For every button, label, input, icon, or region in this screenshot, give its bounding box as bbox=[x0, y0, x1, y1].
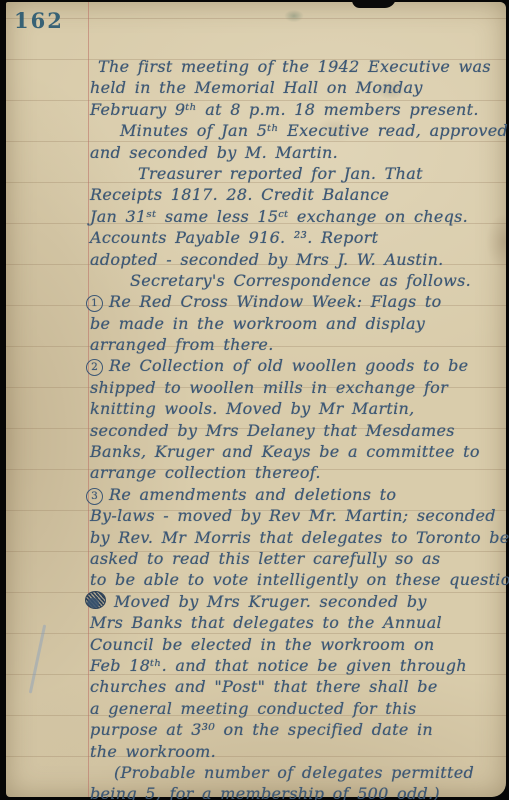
manuscript-line: ●Moved by Mrs Kruger. seconded by bbox=[90, 591, 500, 612]
manuscript-line: arrange collection thereof. bbox=[90, 462, 500, 483]
manuscript-line: a general meeting conducted for this bbox=[90, 698, 500, 719]
pencil-smudge bbox=[29, 624, 46, 693]
manuscript-line-text: Re amendments and deletions to bbox=[109, 485, 396, 504]
manuscript-line: (Probable number of delegates permitted bbox=[90, 762, 500, 783]
manuscript-line-text: Moved by Mrs Kruger. seconded by bbox=[114, 592, 427, 611]
manuscript-line: Feb 18ᵗʰ. and that notice be given throu… bbox=[90, 655, 500, 676]
circled-item-number: 2 bbox=[86, 359, 103, 376]
manuscript-line: Accounts Payable 916. ²³. Report bbox=[90, 227, 500, 248]
manuscript-line: and seconded by M. Martin. bbox=[90, 142, 500, 163]
manuscript-line: the workroom. bbox=[90, 741, 500, 762]
circled-item-number: 3 bbox=[86, 488, 103, 505]
manuscript-line: knitting wools. Moved by Mr Martin, bbox=[90, 398, 500, 419]
manuscript-line: be made in the workroom and display bbox=[90, 313, 500, 334]
manuscript-line: being 5, for a membership of 500 odd.) bbox=[90, 783, 500, 800]
ledger-page: 162 The first meeting of the 1942 Execut… bbox=[6, 2, 506, 797]
binding-notch bbox=[352, 0, 396, 8]
manuscript-line: By-laws - moved by Rev Mr. Martin; secon… bbox=[90, 505, 500, 526]
manuscript-line: 3Re amendments and deletions to bbox=[90, 484, 500, 505]
manuscript-line: The first meeting of the 1942 Executive … bbox=[90, 56, 500, 77]
manuscript-line: arranged from there. bbox=[90, 334, 500, 355]
manuscript-line: February 9ᵗʰ at 8 p.m. 18 members presen… bbox=[90, 99, 500, 120]
manuscript-line: shipped to woollen mills in exchange for bbox=[90, 377, 500, 398]
manuscript-line: Banks, Kruger and Keays be a committee t… bbox=[90, 441, 500, 462]
manuscript-line: Secretary's Correspondence as follows. bbox=[90, 270, 500, 291]
manuscript-line: Council be elected in the workroom on bbox=[90, 634, 500, 655]
circled-item-number: 1 bbox=[86, 295, 103, 312]
scribbled-out-mark: ● bbox=[85, 591, 106, 609]
red-margin-rule bbox=[88, 2, 89, 797]
manuscript-line: churches and "Post" that there shall be bbox=[90, 676, 500, 697]
manuscript-line-text: Re Collection of old woollen goods to be bbox=[109, 356, 468, 375]
manuscript-line: by Rev. Mr Morris that delegates to Toro… bbox=[90, 527, 500, 548]
manuscript-line: Minutes of Jan 5ᵗʰ Executive read, appro… bbox=[90, 120, 500, 141]
manuscript-line: held in the Memorial Hall on Monday bbox=[90, 77, 500, 98]
manuscript-line: Receipts 1817. 28. Credit Balance bbox=[90, 184, 500, 205]
manuscript-line: 1Re Red Cross Window Week: Flags to bbox=[90, 291, 500, 312]
manuscript-line: to be able to vote intelligently on thes… bbox=[90, 569, 500, 590]
manuscript-line: Mrs Banks that delegates to the Annual bbox=[90, 612, 500, 633]
manuscript-line: adopted - seconded by Mrs J. W. Austin. bbox=[90, 249, 500, 270]
page-number: 162 bbox=[14, 8, 64, 33]
manuscript-line: 2Re Collection of old woollen goods to b… bbox=[90, 355, 500, 376]
manuscript-line-text: Re Red Cross Window Week: Flags to bbox=[109, 292, 442, 311]
manuscript-text: The first meeting of the 1942 Executive … bbox=[90, 56, 500, 800]
manuscript-line: Jan 31ˢᵗ same less 15ᶜᵗ exchange on cheq… bbox=[90, 206, 500, 227]
manuscript-line: purpose at 3³⁰ on the specified date in bbox=[90, 719, 500, 740]
manuscript-line: seconded by Mrs Delaney that Mesdames bbox=[90, 420, 500, 441]
manuscript-line: Treasurer reported for Jan. That bbox=[90, 163, 500, 184]
manuscript-line: asked to read this letter carefully so a… bbox=[90, 548, 500, 569]
